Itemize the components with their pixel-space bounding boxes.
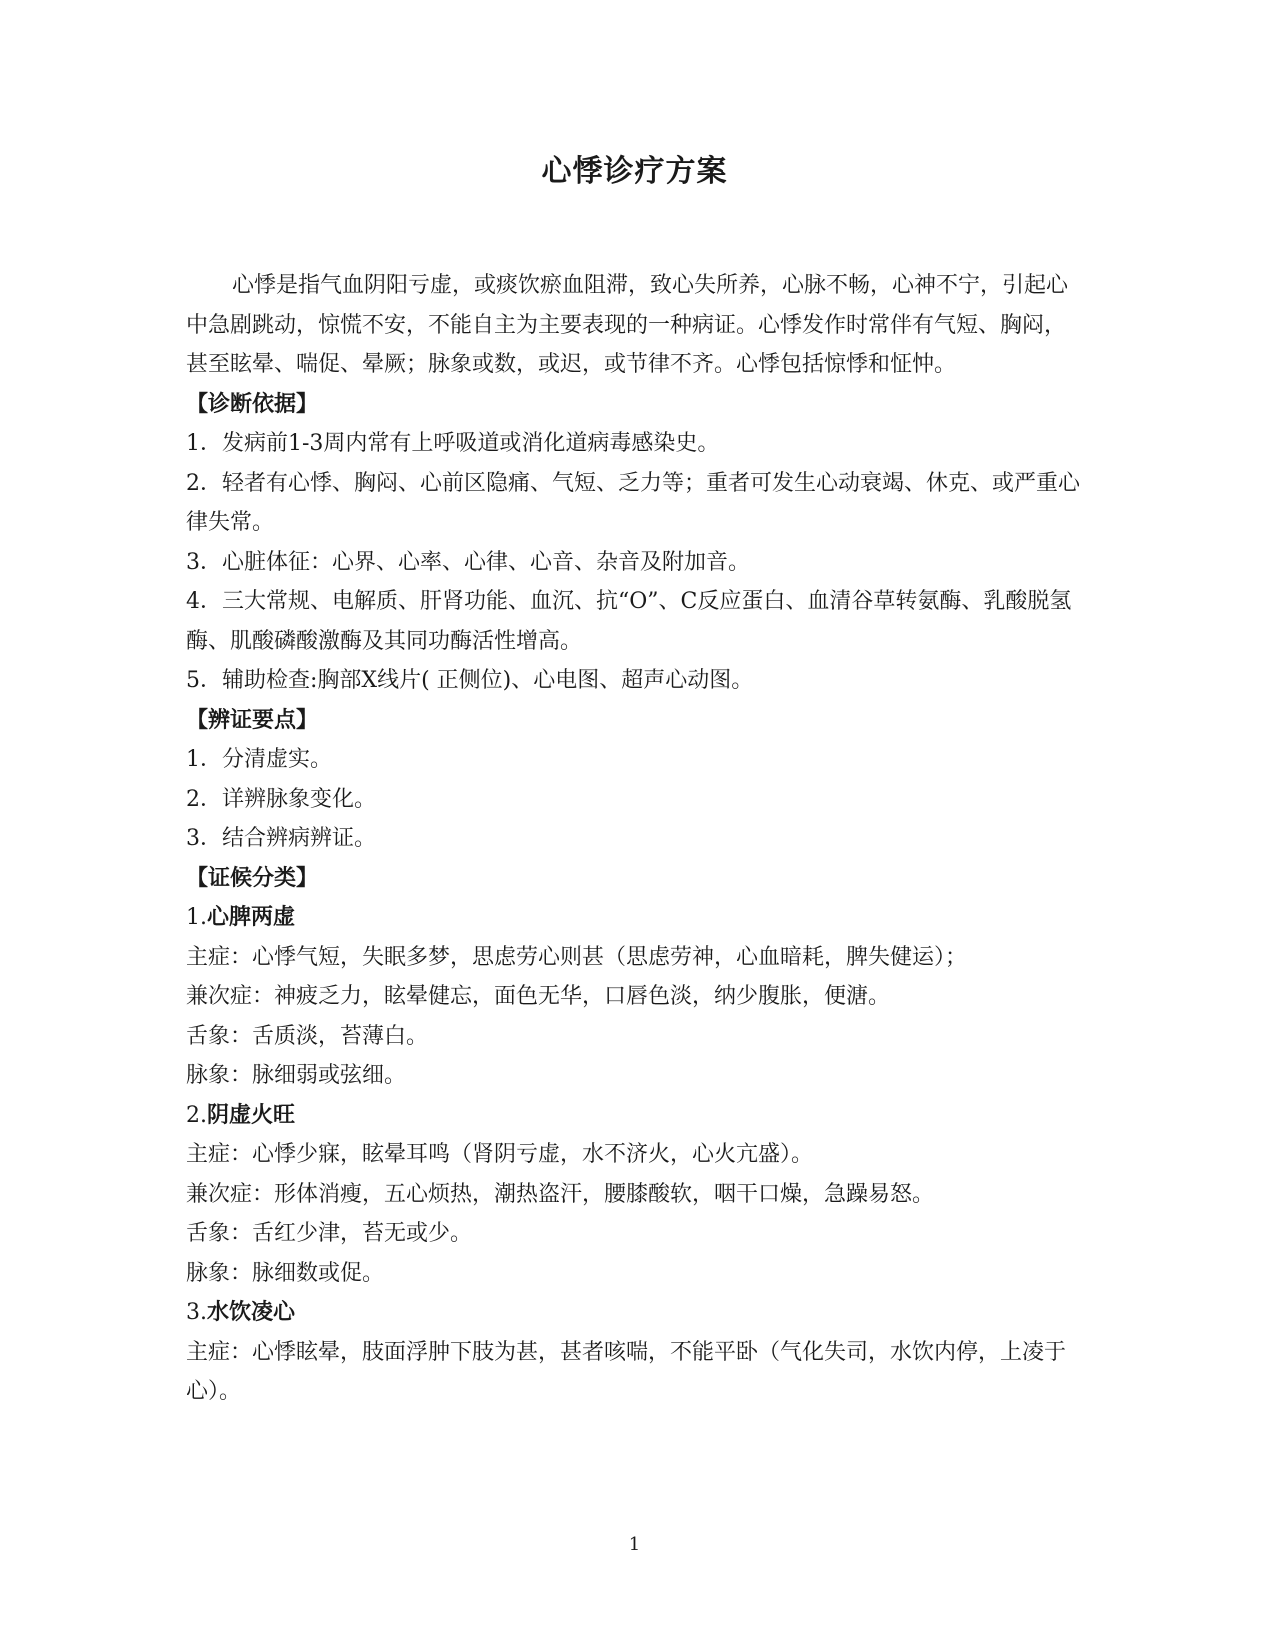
syndrome-tongue: 舌象：舌质淡，苔薄白。 bbox=[186, 1017, 1086, 1057]
syndrome-number: 2. bbox=[186, 1103, 207, 1128]
differentiation-item: 2．详辨脉象变化。 bbox=[186, 780, 1086, 820]
section-heading-syndromes: 【证候分类】 bbox=[186, 859, 1086, 899]
syndrome-number: 1. bbox=[186, 905, 207, 930]
syndrome-name: 心脾两虚 bbox=[207, 905, 295, 930]
syndrome-secondary-symptom: 兼次症：形体消瘦，五心烦热，潮热盗汗，腰膝酸软，咽干口燥，急躁易怒。 bbox=[186, 1175, 1086, 1215]
document-page: 心悸诊疗方案 心悸是指气血阴阳亏虚，或痰饮瘀血阻滞，致心失所养，心脉不畅，心神不… bbox=[0, 0, 1269, 1642]
syndrome-name: 水饮凌心 bbox=[207, 1300, 295, 1325]
diagnosis-item: 3．心脏体征：心界、心率、心律、心音、杂音及附加音。 bbox=[186, 543, 1086, 583]
syndrome-main-symptom: 主症：心悸眩晕，肢面浮肿下肢为甚，甚者咳喘，不能平卧（气化失司，水饮内停，上凌于… bbox=[186, 1333, 1086, 1412]
syndrome-heading: 3.水饮凌心 bbox=[186, 1293, 1086, 1333]
section-heading-diagnosis: 【诊断依据】 bbox=[186, 385, 1086, 425]
differentiation-item: 3．结合辨病辨证。 bbox=[186, 819, 1086, 859]
syndrome-pulse: 脉象：脉细数或促。 bbox=[186, 1254, 1086, 1294]
syndrome-pulse: 脉象：脉细弱或弦细。 bbox=[186, 1056, 1086, 1096]
syndrome-heading: 1.心脾两虚 bbox=[186, 898, 1086, 938]
syndrome-main-symptom: 主症：心悸气短，失眠多梦，思虑劳心则甚（思虑劳神，心血暗耗，脾失健运）； bbox=[186, 938, 1086, 978]
syndrome-secondary-symptom: 兼次症：神疲乏力，眩晕健忘，面色无华，口唇色淡，纳少腹胀，便溏。 bbox=[186, 977, 1086, 1017]
syndrome-name: 阴虚火旺 bbox=[207, 1103, 295, 1128]
diagnosis-item: 1．发病前1-3周内常有上呼吸道或消化道病毒感染史。 bbox=[186, 424, 1086, 464]
diagnosis-item: 2．轻者有心悸、胸闷、心前区隐痛、气短、乏力等；重者可发生心动衰竭、休克、或严重… bbox=[186, 464, 1086, 543]
differentiation-item: 1．分清虚实。 bbox=[186, 740, 1086, 780]
section-heading-differentiation: 【辨证要点】 bbox=[186, 701, 1086, 741]
syndrome-number: 3. bbox=[186, 1300, 207, 1325]
document-body: 心悸是指气血阴阳亏虚，或痰饮瘀血阻滞，致心失所养，心脉不畅，心神不宁，引起心中急… bbox=[186, 266, 1086, 1412]
document-title: 心悸诊疗方案 bbox=[0, 146, 1269, 190]
syndrome-heading: 2.阴虚火旺 bbox=[186, 1096, 1086, 1136]
diagnosis-item: 4．三大常规、电解质、肝肾功能、血沉、抗“O”、C反应蛋白、血清谷草转氨酶、乳酸… bbox=[186, 582, 1086, 661]
syndrome-main-symptom: 主症：心悸少寐，眩晕耳鸣（肾阴亏虚，水不济火，心火亢盛）。 bbox=[186, 1135, 1086, 1175]
diagnosis-item: 5．辅助检查:胸部X线片( 正侧位)、心电图、超声心动图。 bbox=[186, 661, 1086, 701]
syndrome-tongue: 舌象：舌红少津，苔无或少。 bbox=[186, 1214, 1086, 1254]
page-number: 1 bbox=[0, 1534, 1269, 1555]
intro-paragraph: 心悸是指气血阴阳亏虚，或痰饮瘀血阻滞，致心失所养，心脉不畅，心神不宁，引起心中急… bbox=[186, 266, 1086, 385]
